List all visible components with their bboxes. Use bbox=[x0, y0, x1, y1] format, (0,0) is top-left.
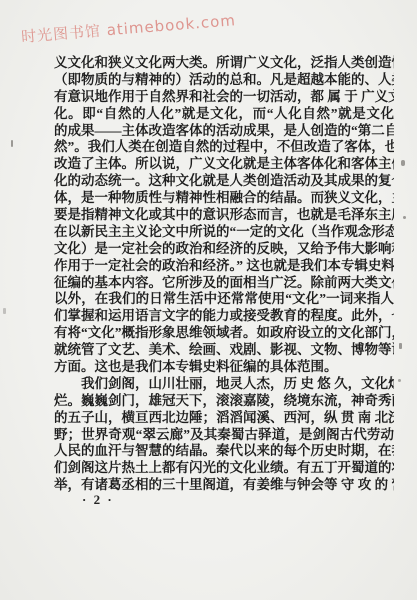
text-line: 义文化和狭义文化两大类。所谓广义文化，泛指人类创造性 bbox=[54, 55, 394, 72]
body-text: 义文化和狭义文化两大类。所谓广义文化，泛指人类创造性 （即物质的与精神的）活动的… bbox=[54, 55, 394, 494]
text-line: 的五子山，横亘西北边陲；滔滔闻溪、西河，纵 贯 南 北沃 bbox=[54, 410, 394, 427]
text-line: 文化）是一定社会的政治和经济的反映，又给予伟大影响和 bbox=[54, 241, 394, 258]
text-line: 方面。这也是我们本专辑史料征编的具体范围。 bbox=[54, 359, 394, 376]
text-line: 化。即“自然的人化”就是文化，而“人化自然”就是文化 bbox=[54, 106, 394, 123]
text-line: 们剑阁这片热土上都有闪光的文化业绩。有五丁开蜀道的壮 bbox=[54, 460, 394, 477]
scan-speck bbox=[403, 216, 406, 219]
text-line: 要是指精神文化或其中的意识形态而言，也就是毛泽东主席 bbox=[54, 207, 394, 224]
text-line: 体，是一种物质性与精神性相融合的结晶。而狭义文化，主 bbox=[54, 190, 394, 207]
text-line: 作用于一定社会的政治和经济。” 这也就是我们本专辑史料 bbox=[54, 258, 394, 275]
scan-speck bbox=[398, 379, 401, 382]
watermark: 时光图书馆 atimebook.com bbox=[20, 9, 236, 47]
text-line: 们掌握和运用语言文字的能力或接受教育的程度。此外，也 bbox=[54, 308, 394, 325]
scanned-book-page: 时光图书馆 atimebook.com 义文化和狭义文化两大类。所谓广义文化，泛… bbox=[0, 0, 417, 600]
text-line: 的成果——主体改造客体的活动成果，是人创造的“第二自 bbox=[54, 123, 394, 140]
scan-speck bbox=[399, 343, 402, 349]
scan-speck bbox=[3, 308, 6, 314]
text-line: 人民的血汗与智慧的结晶。秦代以来的每个历史时期，在我 bbox=[54, 443, 394, 460]
text-line: （即物质的与精神的）活动的总和。凡是超越本能的、人类 bbox=[54, 72, 394, 89]
scan-speck bbox=[401, 160, 405, 166]
text-line: 改造了主体。所以说，广义文化就是主体客体化和客体主体 bbox=[54, 156, 394, 173]
text-line: 有将“文化”概指形象思维领域者。如政府设立的文化部门， bbox=[54, 325, 394, 342]
text-line: 在以新民主主义论文中所说的“一定的文化（当作观念形态的 bbox=[54, 224, 394, 241]
text-line: 有意识地作用于自然界和社会的一切活动，都 属 于 广义文 bbox=[54, 89, 394, 106]
text-line: 我们剑阁，山川壮丽，地灵人杰，历 史 悠 久，文化灿 bbox=[54, 376, 394, 393]
scan-speck bbox=[11, 140, 13, 147]
text-line: 以外，在我们的日常生活中还常常使用“文化”一词来指人 bbox=[54, 291, 394, 308]
text-line: 化的动态统一。这种文化就是人类创造活动及其成果的复合 bbox=[54, 173, 394, 190]
text-line: 烂。巍巍剑门，雄冠天下，滚滚嘉陵，绕境东流，神奇秀丽 bbox=[54, 393, 394, 410]
text-line: 然”。我们人类在创造自然的过程中，不但改造了客体，也 bbox=[54, 139, 394, 156]
text-line: 野；世界奇观“翠云廊”及其秦蜀古驿道，是剑阁古代劳动 bbox=[54, 427, 394, 444]
page-number: · 2 · bbox=[82, 492, 114, 508]
text-line: 征编的基本内容。它所涉及的面相当广泛。除前两大类文化 bbox=[54, 275, 394, 292]
text-line: 就统管了文艺、美术、绘画、戏剧、影视、文物、博物等诸 bbox=[54, 342, 394, 359]
